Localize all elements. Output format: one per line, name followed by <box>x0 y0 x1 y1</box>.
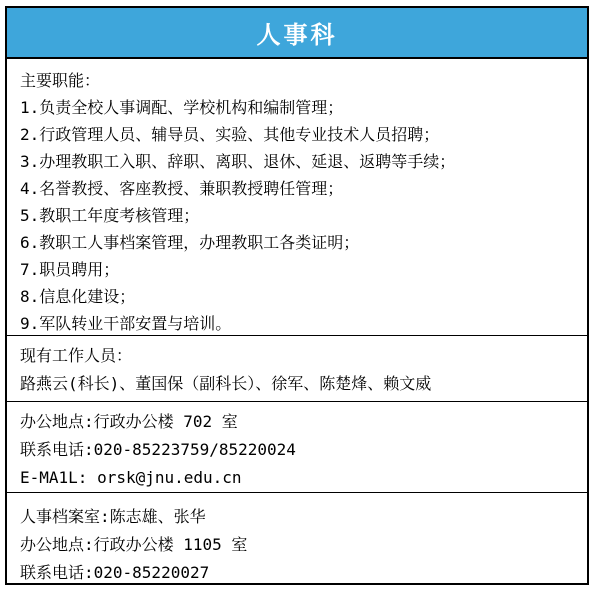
function-item-2: 2.行政管理人员、辅导员、实验、其他专业技术人员招聘； <box>20 121 577 148</box>
contact-email: E-MA1L: orsk@jnu.edu.cn <box>20 464 577 492</box>
staff-heading: 现有工作人员： <box>20 342 577 370</box>
main-functions-section: 主要职能： 1.负责全校人事调配、学校机构和编制管理； 2.行政管理人员、辅导员… <box>7 59 587 335</box>
archive-room-section: 人事档案室:陈志雄、张华 办公地点:行政办公楼 1105 室 联系电话:020-… <box>7 492 587 583</box>
function-item-1: 1.负责全校人事调配、学校机构和编制管理； <box>20 94 577 121</box>
function-item-7: 7.职员聘用； <box>20 256 577 283</box>
function-item-9: 9.军队转业干部安置与培训。 <box>20 310 577 335</box>
function-item-5: 5.教职工年度考核管理； <box>20 202 577 229</box>
archive-phone: 联系电话:020-85220027 <box>20 559 577 583</box>
contact-phone: 联系电话:020-85223759/85220024 <box>20 436 577 464</box>
function-item-3: 3.办理教职工入职、辞职、离职、退休、延退、返聘等手续； <box>20 148 577 175</box>
contact-info-section: 办公地点:行政办公楼 702 室 联系电话:020-85223759/85220… <box>7 401 587 492</box>
office-location: 办公地点:行政办公楼 702 室 <box>20 408 577 436</box>
section-title-bar: 人事科 <box>7 8 587 59</box>
staff-names: 路燕云(科长)、董国保（副科长）、徐军、陈楚烽、赖文威 <box>20 370 577 398</box>
archive-staff: 人事档案室:陈志雄、张华 <box>20 503 577 531</box>
current-staff-section: 现有工作人员： 路燕云(科长)、董国保（副科长）、徐军、陈楚烽、赖文威 <box>7 335 587 401</box>
function-item-4: 4.名誉教授、客座教授、兼职教授聘任管理； <box>20 175 577 202</box>
function-item-8: 8.信息化建设； <box>20 283 577 310</box>
archive-office-location: 办公地点:行政办公楼 1105 室 <box>20 531 577 559</box>
personnel-department-table: 人事科 主要职能： 1.负责全校人事调配、学校机构和编制管理； 2.行政管理人员… <box>5 6 589 585</box>
function-item-6: 6.教职工人事档案管理，办理教职工各类证明； <box>20 229 577 256</box>
functions-heading: 主要职能： <box>20 67 577 94</box>
page-title: 人事科 <box>257 15 338 50</box>
